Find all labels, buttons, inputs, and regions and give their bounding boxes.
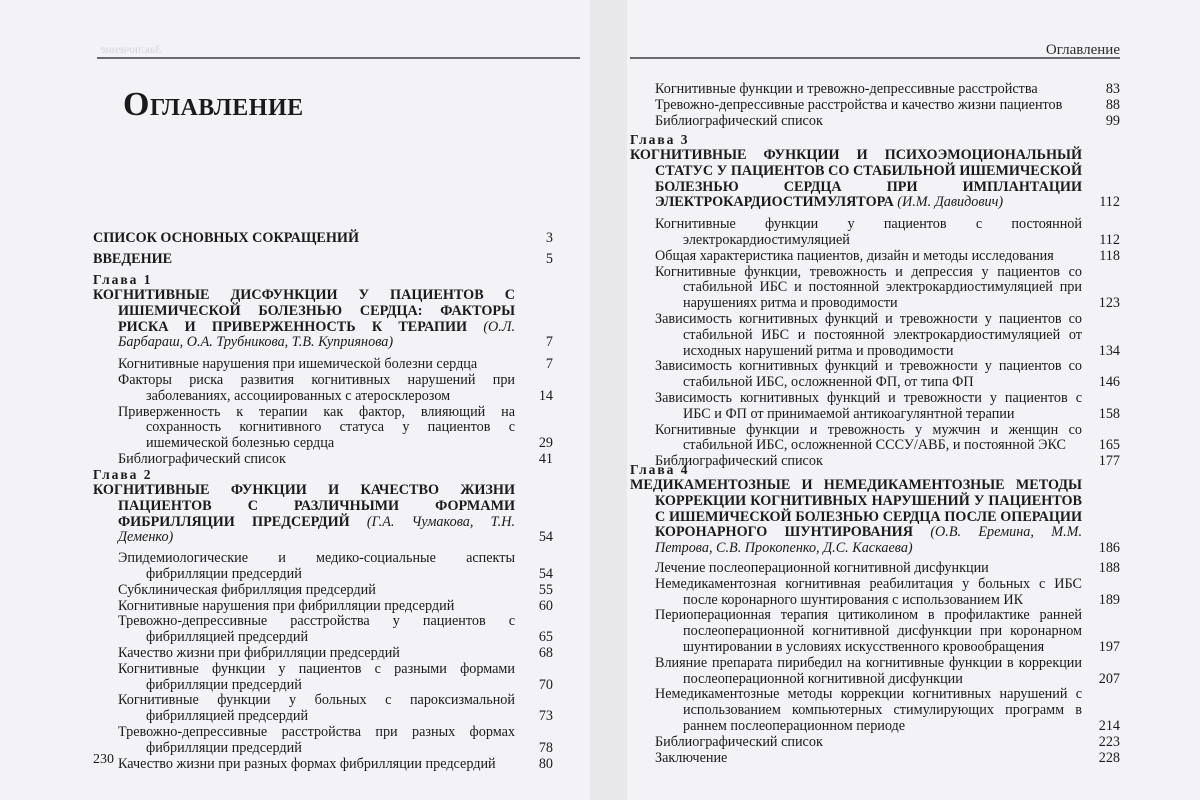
chapter-title-row[interactable]: КОГНИТИВНЫЕ ДИСФУНКЦИИ У ПАЦИЕНТОВ С ИШЕ… [93, 288, 553, 351]
entry-page: 186 [1082, 541, 1120, 557]
chapter-title-row[interactable]: КОГНИТИВНЫЕ ФУНКЦИИ И КАЧЕСТВО ЖИЗНИ ПАЦ… [93, 483, 553, 546]
page-number: 230 [93, 752, 114, 768]
entry-page: 112 [1082, 195, 1120, 211]
toc-section[interactable]: Периоперационная терапия цитиколином в п… [630, 608, 1120, 655]
left-page: Заключение Оглавление СПИСОК ОСНОВНЫХ СО… [0, 0, 590, 800]
chapter-label: Глава 2 [93, 467, 553, 483]
toc-section[interactable]: Факторы риска развития когнитивных наруш… [93, 373, 553, 405]
toc-section[interactable]: Зависимость когнитивных функций и тревож… [630, 312, 1120, 359]
toc-entry-introduction[interactable]: ВВЕДЕНИЕ 5 [93, 252, 553, 268]
chapter-title-row[interactable]: МЕДИКАМЕНТОЗНЫЕ И НЕМЕДИКАМЕНТОЗНЫЕ МЕТО… [630, 478, 1120, 557]
toc-section[interactable]: Тревожно-депрессивные расстройства у пац… [93, 614, 553, 646]
chapter-title-row[interactable]: КОГНИТИВНЫЕ ФУНКЦИИ И ПСИХОЭМОЦИОНАЛЬНЫЙ… [630, 148, 1120, 211]
toc-section[interactable]: Когнитивные функции у больных с пароксиз… [93, 693, 553, 725]
toc-section[interactable]: Тревожно-депрессивные расстройства при р… [93, 725, 553, 757]
chapter-label: Глава 1 [93, 272, 553, 288]
toc-section[interactable]: Когнитивные нарушения при ишемической бо… [93, 357, 553, 373]
toc-section[interactable]: Библиографический список223 [630, 735, 1120, 751]
toc-section[interactable]: Тревожно-депрессивные расстройства и кач… [630, 98, 1120, 114]
chapter-title: КОГНИТИВНЫЕ ФУНКЦИИ И ПСИХОЭМОЦИОНАЛЬНЫЙ… [630, 148, 1082, 211]
toc-section[interactable]: Зависимость когнитивных функций и тревож… [630, 359, 1120, 391]
toc-entry-conclusion[interactable]: Заключение228 [630, 751, 1120, 767]
chapter-title: КОГНИТИВНЫЕ ДИСФУНКЦИИ У ПАЦИЕНТОВ С ИШЕ… [93, 288, 515, 351]
toc-section[interactable]: Зависимость когнитивных функций и тревож… [630, 391, 1120, 423]
toc-section[interactable]: Когнитивные функции и тревожность у мужч… [630, 423, 1120, 455]
toc-section[interactable]: Когнитивные функции, тревожность и депре… [630, 265, 1120, 312]
header-rule [630, 57, 1120, 59]
chapter-1: Глава 1 КОГНИТИВНЫЕ ДИСФУНКЦИИ У ПАЦИЕНТ… [93, 268, 553, 468]
entry-page: 54 [515, 530, 553, 546]
chapter-4: Глава 4 МЕДИКАМЕНТОЗНЫЕ И НЕМЕДИКАМЕНТОЗ… [630, 458, 1120, 766]
chapter-authors: (И.М. Давидович) [897, 194, 1003, 210]
front-matter: СПИСОК ОСНОВНЫХ СОКРАЩЕНИЙ 3 ВВЕДЕНИЕ 5 [93, 231, 553, 268]
toc-section[interactable]: Общая характеристика пациентов, дизайн и… [630, 249, 1120, 265]
entry-page: 5 [515, 252, 553, 268]
toc-section[interactable]: Субклиническая фибрилляция предсердий55 [93, 583, 553, 599]
toc-section[interactable]: Лечение послеоперационной когнитивной ди… [630, 561, 1120, 577]
toc-section[interactable]: Качество жизни при фибрилляции предсерди… [93, 646, 553, 662]
toc-section[interactable]: Немедикаментозные методы коррекции когни… [630, 687, 1120, 734]
chapter-title: КОГНИТИВНЫЕ ФУНКЦИИ И КАЧЕСТВО ЖИЗНИ ПАЦ… [93, 483, 515, 546]
chapter-title: МЕДИКАМЕНТОЗНЫЕ И НЕМЕДИКАМЕНТОЗНЫЕ МЕТО… [630, 478, 1082, 557]
toc-section[interactable]: Влияние препарата пирибедил на когнитивн… [630, 656, 1120, 688]
toc-section[interactable]: Немедикаментозная когнитивная реабилитац… [630, 577, 1120, 609]
header-rule [97, 57, 580, 59]
toc-section[interactable]: Когнитивные нарушения при фибрилляции пр… [93, 599, 553, 615]
entry-text: ВВЕДЕНИЕ [93, 252, 515, 268]
toc-entry-abbreviations[interactable]: СПИСОК ОСНОВНЫХ СОКРАЩЕНИЙ 3 [93, 231, 553, 247]
toc-title: Оглавление [123, 86, 304, 124]
toc-section[interactable]: Когнитивные функции у пациентов с разным… [93, 662, 553, 694]
entry-page: 3 [515, 231, 553, 247]
toc-section[interactable]: Когнитивные функции и тревожно-депрессив… [630, 82, 1120, 98]
chapter-3: Глава 3 КОГНИТИВНЫЕ ФУНКЦИИ И ПСИХОЭМОЦИ… [630, 128, 1120, 470]
toc-section[interactable]: Качество жизни при разных формах фибрилл… [93, 757, 553, 773]
toc-section[interactable]: Когнитивные функции у пациентов с постоя… [630, 217, 1120, 249]
toc-section[interactable]: Эпидемиологические и медико-социальные а… [93, 551, 553, 583]
chapter-2: Глава 2 КОГНИТИВНЫЕ ФУНКЦИИ И КАЧЕСТВО Ж… [93, 463, 553, 772]
right-page: Оглавление Когнитивные функции и тревожн… [627, 0, 1200, 800]
chapter-label: Глава 4 [630, 462, 1120, 478]
toc-section[interactable]: Приверженность к терапии как фактор, вли… [93, 405, 553, 452]
entry-page: 7 [515, 335, 553, 351]
bleed-through-text: Заключение [100, 42, 161, 57]
entry-text: СПИСОК ОСНОВНЫХ СОКРАЩЕНИЙ [93, 231, 515, 247]
chapter-2-continued: Когнитивные функции и тревожно-депрессив… [630, 82, 1120, 129]
chapter-label: Глава 3 [630, 132, 1120, 148]
